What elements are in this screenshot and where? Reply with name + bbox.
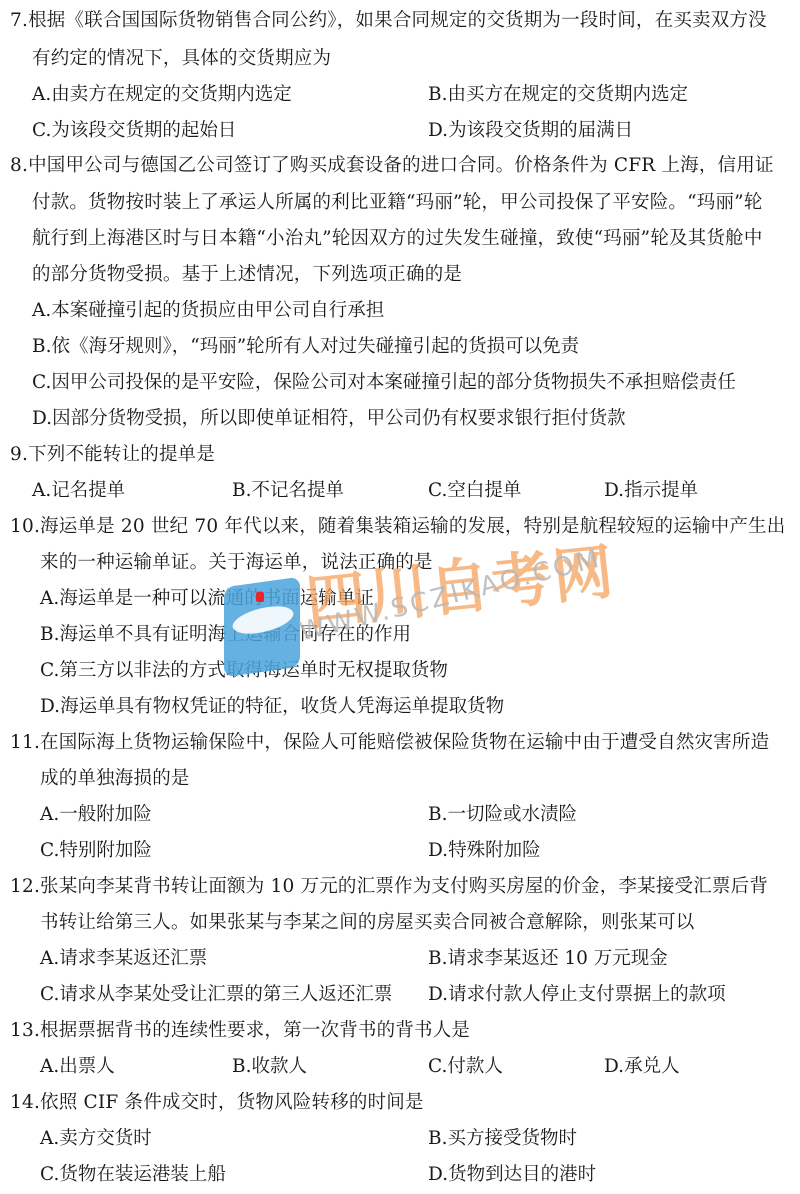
option-text: 请求李某返还汇票 [59,948,207,969]
option-d[interactable]: D.特殊附加险 [428,838,541,864]
option-label: D. [32,408,52,429]
option-text: 因部分货物受损，所以即使单证相符，甲公司仍有权要求银行拒付货款 [52,408,626,429]
option-text: 为该段交货期的届满日 [448,120,633,141]
option-label: B. [232,1056,251,1077]
option-c[interactable]: C.特别附加险 [40,838,152,864]
option-text: 特殊附加险 [448,840,541,861]
option-text: 记名提单 [51,480,125,501]
option-b[interactable]: B.买方接受货物时 [428,1126,577,1152]
question-number: 14. [10,1092,40,1113]
option-text: 海运单具有物权凭证的特征，收货人凭海运单提取货物 [60,696,504,717]
option-c[interactable]: C.请求从李某处受让汇票的第三人返还汇票 [40,982,392,1008]
question-number: 9. [10,444,28,465]
option-label: C. [32,372,51,393]
option-label: C. [40,984,59,1005]
question-stem-line: 8.中国甲公司与德国乙公司签订了购买成套设备的进口合同。价格条件为 CFR 上海… [10,153,774,179]
option-label: C. [40,1164,59,1185]
option-text: 请求付款人停止支付票据上的款项 [448,984,726,1005]
option-label: D. [428,120,448,141]
option-text: 特别附加险 [59,840,152,861]
option-label: D. [604,480,624,501]
option-a[interactable]: A.卖方交货时 [40,1126,152,1152]
option-a[interactable]: A.本案碰撞引起的货损应由甲公司自行承担 [32,298,384,324]
option-label: A. [32,480,51,501]
option-c[interactable]: C.货物在装运港装上船 [40,1162,226,1188]
option-c[interactable]: C.为该段交货期的起始日 [32,118,236,144]
option-a[interactable]: A.一般附加险 [40,802,152,828]
question-stem-line: 航行到上海港区时与日本籍“小治丸”轮因双方的过失发生碰撞，致使“玛丽”轮及其货舱… [32,226,763,252]
option-text: 请求从李某处受让汇票的第三人返还汇票 [59,984,392,1005]
question-text: 张某向李某背书转让面额为 10 万元的汇票作为支付购买房屋的价金，李某接受汇票后… [40,876,768,897]
question-stem-line: 书转让给第三人。如果张某与李某之间的房屋买卖合同被合意解除，则张某可以 [40,910,695,936]
question-text: 根据《联合国国际货物销售合同公约》，如果合同规定的交货期为一段时间，在买卖双方没 [28,10,767,31]
option-b[interactable]: B.一切险或水渍险 [428,802,577,828]
option-label: C. [428,480,447,501]
option-text: 第三方以非法的方式取得海运单时无权提取货物 [59,660,448,681]
option-text: 为该段交货期的起始日 [51,120,236,141]
question-text: 海运单是 20 世纪 70 年代以来，随着集装箱运输的发展，特别是航程较短的运输… [40,516,785,537]
option-label: C. [428,1056,447,1077]
option-text: 由卖方在规定的交货期内选定 [51,84,292,105]
option-text: 请求李某返还 10 万元现金 [447,948,667,969]
option-label: A. [40,948,59,969]
option-label: A. [40,1056,59,1077]
option-label: A. [32,300,51,321]
option-text: 承兑人 [624,1056,680,1077]
option-label: D. [40,696,60,717]
option-text: 空白提单 [447,480,521,501]
question-stem-line: 成的单独海损的是 [40,766,190,792]
question-stem-line: 7.根据《联合国国际货物销售合同公约》，如果合同规定的交货期为一段时间，在买卖双… [10,8,767,34]
option-d[interactable]: D.请求付款人停止支付票据上的款项 [428,982,726,1008]
question-text: 中国甲公司与德国乙公司签订了购买成套设备的进口合同。价格条件为 CFR 上海，信… [28,155,774,176]
option-b[interactable]: B.不记名提单 [232,478,344,504]
option-a[interactable]: A.记名提单 [32,478,125,504]
option-text: 由买方在规定的交货期内选定 [447,84,688,105]
option-label: C. [40,660,59,681]
option-label: B. [232,480,251,501]
question-text: 根据票据背书的连续性要求，第一次背书的背书人是 [40,1020,470,1041]
option-d[interactable]: D.货物到达目的港时 [428,1162,596,1188]
option-label: B. [428,804,447,825]
option-text: 海运单不具有证明海上运输合同存在的作用 [59,624,411,645]
question-number: 11. [10,732,40,753]
option-b[interactable]: B.请求李某返还 10 万元现金 [428,946,668,972]
option-c[interactable]: C.空白提单 [428,478,521,504]
question-stem-line: 的部分货物受损。基于上述情况，下列选项正确的是 [32,262,462,288]
option-a[interactable]: A.请求李某返还汇票 [40,946,207,972]
question-stem-line: 13.根据票据背书的连续性要求，第一次背书的背书人是 [10,1018,470,1044]
option-label: D. [428,984,448,1005]
option-text: 海运单是一种可以流通的书面运输单证 [59,588,374,609]
question-stem-line: 来的一种运输单证。关于海运单，说法正确的是 [40,550,433,576]
option-text: 因甲公司投保的是平安险，保险公司对本案碰撞引起的部分货物损失不承担赔偿责任 [51,372,736,393]
option-label: A. [40,588,59,609]
option-d[interactable]: D.海运单具有物权凭证的特征，收货人凭海运单提取货物 [40,694,504,720]
question-number: 8. [10,155,28,176]
question-text: 依照 CIF 条件成交时，货物风险转移的时间是 [40,1092,424,1113]
option-text: 卖方交货时 [59,1128,152,1149]
option-label: B. [428,1128,447,1149]
option-b[interactable]: B.由买方在规定的交货期内选定 [428,82,688,108]
option-b[interactable]: B.海运单不具有证明海上运输合同存在的作用 [40,622,411,648]
option-text: 本案碰撞引起的货损应由甲公司自行承担 [51,300,384,321]
question-stem-line: 11.在国际海上货物运输保险中，保险人可能赔偿被保险货物在运输中由于遭受自然灾害… [10,730,769,756]
option-a[interactable]: A.出票人 [40,1054,115,1080]
option-d[interactable]: D.指示提单 [604,478,698,504]
option-text: 一般附加险 [59,804,152,825]
option-c[interactable]: C.付款人 [428,1054,503,1080]
option-text: 一切险或水渍险 [447,804,577,825]
question-stem-line: 有约定的情况下，具体的交货期应为 [32,46,331,72]
option-text: 货物到达目的港时 [448,1164,596,1185]
question-number: 10. [10,516,40,537]
option-label: D. [604,1056,624,1077]
option-label: B. [40,624,59,645]
option-c[interactable]: C.因甲公司投保的是平安险，保险公司对本案碰撞引起的部分货物损失不承担赔偿责任 [32,370,736,396]
option-text: 出票人 [59,1056,115,1077]
question-number: 13. [10,1020,40,1041]
option-text: 收款人 [251,1056,307,1077]
option-b[interactable]: B.依《海牙规则》，“玛丽”轮所有人对过失碰撞引起的货损可以免责 [32,334,579,360]
option-text: 不记名提单 [251,480,344,501]
option-label: B. [428,948,447,969]
option-label: A. [40,1128,59,1149]
option-text: 货物在装运港装上船 [59,1164,226,1185]
option-d[interactable]: D.为该段交货期的届满日 [428,118,633,144]
question-stem-line: 9.下列不能转让的提单是 [10,442,215,468]
option-d[interactable]: D.因部分货物受损，所以即使单证相符，甲公司仍有权要求银行拒付货款 [32,406,626,432]
option-label: D. [428,1164,448,1185]
option-c[interactable]: C.第三方以非法的方式取得海运单时无权提取货物 [40,658,448,684]
question-number: 12. [10,876,40,897]
option-b[interactable]: B.收款人 [232,1054,307,1080]
question-stem-line: 10.海运单是 20 世纪 70 年代以来，随着集装箱运输的发展，特别是航程较短… [10,514,785,540]
option-label: D. [428,840,448,861]
option-text: 依《海牙规则》，“玛丽”轮所有人对过失碰撞引起的货损可以免责 [51,336,579,357]
question-stem-line: 付款。货物按时装上了承运人所属的利比亚籍“玛丽”轮，甲公司投保了平安险。“玛丽”… [32,190,763,216]
question-stem-line: 12.张某向李某背书转让面额为 10 万元的汇票作为支付购买房屋的价金，李某接受… [10,874,768,900]
exam-page: 7.根据《联合国国际货物销售合同公约》，如果合同规定的交货期为一段时间，在买卖双… [0,0,800,1194]
option-label: B. [428,84,447,105]
option-text: 付款人 [447,1056,503,1077]
option-a[interactable]: A.海运单是一种可以流通的书面运输单证 [40,586,374,612]
question-text: 下列不能转让的提单是 [28,444,215,465]
option-d[interactable]: D.承兑人 [604,1054,680,1080]
option-label: A. [32,84,51,105]
option-text: 指示提单 [624,480,698,501]
question-text: 在国际海上货物运输保险中，保险人可能赔偿被保险货物在运输中由于遭受自然灾害所造 [40,732,769,753]
option-label: B. [32,336,51,357]
option-a[interactable]: A.由卖方在规定的交货期内选定 [32,82,292,108]
question-number: 7. [10,10,28,31]
option-label: C. [32,120,51,141]
question-stem-line: 14.依照 CIF 条件成交时，货物风险转移的时间是 [10,1090,424,1116]
option-label: A. [40,804,59,825]
option-label: C. [40,840,59,861]
option-text: 买方接受货物时 [447,1128,577,1149]
